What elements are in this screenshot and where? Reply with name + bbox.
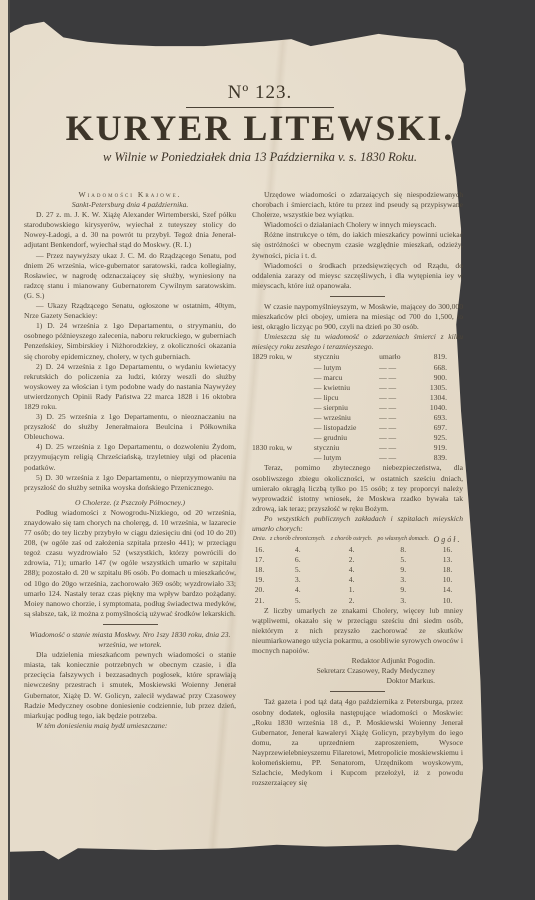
- left-column: Wiadomości Krajowe. Sankt-Petersburg dni…: [24, 190, 236, 731]
- intro-item: Wiadomości o środkach przedsięwzięcych o…: [252, 261, 463, 291]
- moscow-paragraph: Dla udzielenia mieszkańcom pewnych wiado…: [24, 650, 236, 721]
- moscow-last-line: W tém doniesieniu maią bydź umieszczane:: [24, 721, 236, 731]
- issue-dateline: w Wilnie w Poniedziałek dnia 13 Paździer…: [30, 150, 490, 165]
- table-row: 20.4.1.9.14.: [252, 585, 463, 595]
- right-column: Urzędowe wiadomości o zdarzaiących się n…: [252, 190, 463, 788]
- ukaz-item: 1) D. 24 września z 1go Departamentu, o …: [24, 321, 236, 361]
- section-heading: Wiadomości Krajowe.: [24, 190, 236, 200]
- hospital-intro: Po wszystkich publicznych zakładach i sz…: [252, 514, 463, 534]
- intro-item: Urzędowe wiadomości o zdarzaiących się n…: [252, 190, 463, 220]
- section-divider: [330, 296, 385, 297]
- hospital-deaths-table: Dnia. z chorób chronicznych. z chorób os…: [252, 534, 463, 606]
- intro-item: Wiadomości o działaniach Cholery w innyc…: [252, 220, 463, 230]
- population-paragraph: W czasie naypomyślnieyszym, w Moskwie, m…: [252, 302, 463, 332]
- ukaz-item: 5) D. 30 września z 1go Departamentu, o …: [24, 473, 236, 493]
- ukaz-item: 3) D. 25 września z 1go Departamentu, o …: [24, 412, 236, 442]
- ukaz-item: 4) D. 25 września z 1go Departamentu, o …: [24, 442, 236, 472]
- news-paragraph: — Przez naywyższy ukaz J. C. M. do Rządz…: [24, 251, 236, 301]
- final-paragraph: Taż gazeta i pod tąż datą 4go październi…: [252, 697, 463, 788]
- table-row: — listopadzie— —697.: [252, 423, 463, 433]
- table-row: 19.3.4.3.10.: [252, 575, 463, 585]
- table-row: 17.6.2.5.13.: [252, 555, 463, 565]
- table-row: — kwietniu— —1305.: [252, 383, 463, 393]
- table-row: — sierpniu— —1040.: [252, 403, 463, 413]
- analysis-paragraph: Teraz, pomimo zbytecznego niebezpieczeńs…: [252, 463, 463, 513]
- table-row: 16.4.4.8.16.: [252, 545, 463, 555]
- intro-item: Różne instrukcye o tém, do iakich mieszk…: [252, 230, 463, 260]
- cholera-paragraph: Podług wiadomości z Nowogrodu-Nizkiego, …: [24, 508, 236, 619]
- table-row: — wrześniu— —693.: [252, 413, 463, 423]
- moscow-heading: Wiadomość o stanie miasta Moskwy. Nro 1s…: [24, 630, 236, 650]
- cholera-signs-paragraph: Z liczby umarłych ze znakami Cholery, wi…: [252, 606, 463, 656]
- ukaz-item: 2) D. 24 września z 1go Departamentu, o …: [24, 362, 236, 412]
- newspaper-title: KURYER LITEWSKI.: [30, 108, 490, 148]
- table-row: 1829 roku, wstyczniuumarło819.: [252, 352, 463, 362]
- mortality-intro: Umieszcza się tu wiadomość o zdarzeniach…: [252, 332, 463, 352]
- section-dateline: Sankt-Petersburg dnia 4 października.: [24, 200, 236, 210]
- mortality-table: 1829 roku, wstyczniuumarło819. — lutym— …: [252, 352, 463, 463]
- section-divider: [103, 624, 158, 625]
- issue-number: Nº 123.: [30, 82, 490, 104]
- table-row: 21.5.2.3.10.: [252, 596, 463, 606]
- page-content: Nº 123. KURYER LITEWSKI. w Wilnie w Poni…: [0, 0, 535, 900]
- news-paragraph: — Ukazy Rządzącego Senatu, ogłoszone w o…: [24, 301, 236, 321]
- table-header-row: Dnia. z chorób chronicznych. z chorób os…: [252, 534, 463, 545]
- table-row: — marcu— —900.: [252, 373, 463, 383]
- section-divider: [330, 691, 385, 692]
- signature-secretary: Sekretarz Czasowey, Rady Medyczney: [252, 666, 463, 676]
- signature-editor: Redaktor Adjunkt Pogodin.: [252, 656, 463, 666]
- table-row: — grudniu— —925.: [252, 433, 463, 443]
- table-row: 18.5.4.9.18.: [252, 565, 463, 575]
- masthead: Nº 123. KURYER LITEWSKI. w Wilnie w Poni…: [30, 82, 490, 165]
- news-paragraph: D. 27 z. m. J. K. W. Xiążę Alexander Wir…: [24, 210, 236, 250]
- cholera-heading: O Cholerze. (z Pszczoły Północney.): [24, 498, 236, 508]
- table-row: — lutym— —668.: [252, 363, 463, 373]
- table-row: 1830 roku, wstyczniu— —919.: [252, 443, 463, 453]
- table-row: — lipcu— —1304.: [252, 393, 463, 403]
- signature-doctor: Doktor Markus.: [252, 676, 463, 686]
- table-row: — lutym— —839.: [252, 453, 463, 463]
